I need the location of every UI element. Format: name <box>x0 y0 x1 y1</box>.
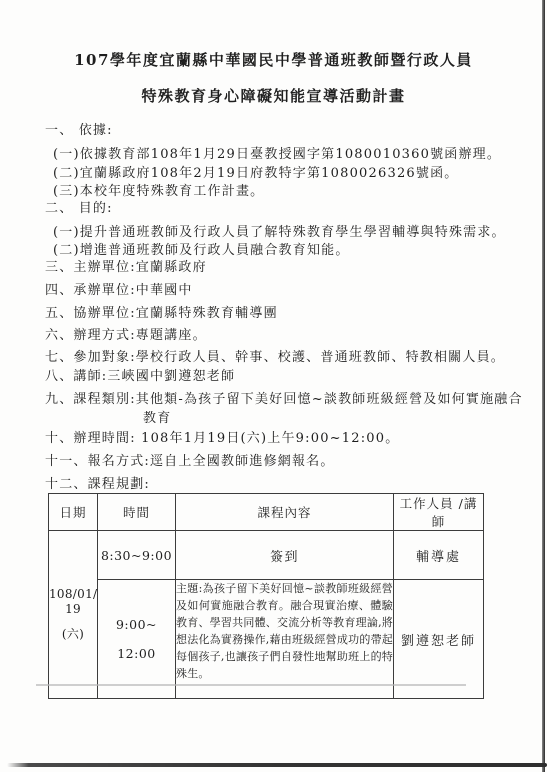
scan-edge-right <box>542 0 545 772</box>
scan-edge-bottom <box>7 763 547 767</box>
table-row: 9:00~ 12:00 主題:為孩子留下美好回憶~談教師班級經營及如何實施融合教… <box>49 580 484 699</box>
table-header-row: 日期 時間 課程內容 工作人員 /講師 <box>49 494 484 531</box>
section-participants: 七、參加對象:學校行政人員、幹事、校護、普通班教師、特教相關人員。 <box>45 348 547 367</box>
section-course-category: 九、課程類別:其他類-為孩子留下美好回憶~談教師班級經營及如何實施融合 <box>45 390 547 409</box>
section-organizer: 三、主辦單位:宜蘭縣政府 <box>45 258 547 277</box>
basis-subitem-2: (二)宜蘭縣政府108年2月19日府教特字第1080026326號函。 <box>53 164 547 183</box>
course-schedule-table: 日期 時間 課程內容 工作人員 /講師 108/01/ 19 (六) 8:30~… <box>48 493 484 699</box>
section-schedule-time: 十、辦理時間: 108年1月19日(六)上午9:00~12:00。 <box>45 429 547 448</box>
table-row: 108/01/ 19 (六) 8:30~9:00 簽到 輔導處 <box>49 531 484 580</box>
lecture-content-cell: 主題:為孩子留下美好回憶~談教師班級經營及如何實施融合教育。融合現實治療、體驗教… <box>176 580 394 699</box>
column-header-date: 日期 <box>49 494 98 531</box>
date-line-2: 19 <box>49 602 97 617</box>
document-title-line-1: 107學年度宜蘭縣中華國民中學普通班教師暨行政人員 <box>0 50 547 70</box>
purpose-subitem-1: (一)提升普通班教師及行政人員了解特殊教育學生學習輔導與特殊需求。 <box>53 223 547 242</box>
date-cell: 108/01/ 19 (六) <box>49 531 98 699</box>
lecture-staff-cell: 劉遵恕老師 <box>394 580 484 699</box>
date-line-1: 108/01/ <box>49 587 97 602</box>
section-registration: 十一、報名方式:逕自上全國教師進修網報名。 <box>45 452 547 471</box>
section-basis-heading: 一、 依據: <box>45 121 547 140</box>
scan-shadow-line <box>36 684 466 686</box>
section-co-organizer: 五、協辦單位:宜蘭縣特殊教育輔導團 <box>45 304 547 323</box>
section-purpose-heading: 二、 目的: <box>45 199 547 218</box>
section-method: 六、辦理方式:專題講座。 <box>45 326 547 345</box>
signin-content-cell: 簽到 <box>176 531 394 580</box>
course-category-continued: 教育 <box>143 409 547 428</box>
scanned-page: 107學年度宜蘭縣中華國民中學普通班教師暨行政人員 特殊教育身心障礙知能宣導活動… <box>0 0 547 772</box>
column-header-content: 課程內容 <box>176 494 394 531</box>
column-header-time: 時間 <box>98 494 176 531</box>
section-undertaker: 四、承辦單位:中華國中 <box>45 281 547 300</box>
section-lecturer: 八、講師:三峽國中劉遵恕老師 <box>45 367 547 386</box>
section-course-plan-heading: 十二、課程規劃: <box>45 475 547 494</box>
date-weekday: (六) <box>49 627 97 642</box>
signin-staff-cell: 輔導處 <box>394 531 484 580</box>
lecture-time-end: 12:00 <box>98 646 175 661</box>
column-header-staff: 工作人員 /講師 <box>394 494 484 531</box>
lecture-time-cell: 9:00~ 12:00 <box>98 580 176 699</box>
signin-time-cell: 8:30~9:00 <box>98 531 176 580</box>
lecture-time-start: 9:00~ <box>98 617 175 632</box>
document-title-line-2: 特殊教育身心障礙知能宣導活動計畫 <box>0 86 547 106</box>
basis-subitem-1: (一)依據教育部108年1月29日臺教授國字第1080010360號函辦理。 <box>53 145 547 164</box>
